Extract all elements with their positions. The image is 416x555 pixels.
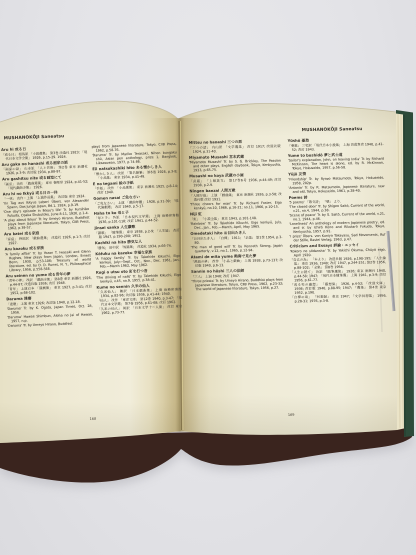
left-page-column-1: Aru hi 或る日「或る日」 相馬訳 「小説選集」 第3巻 改造社 1923;… [1, 145, 96, 410]
entry-citation: 'I prize' Übers. von Kuniyo Takayasu, Sa… [289, 233, 385, 243]
bibliography-entry: Eii natsukashiki hito ある懐かしき人「懐かしき人」 改訳 … [92, 164, 177, 180]
bibliography-entry: Kugi o utsu oto 釘を打つ音'The driving of nai… [96, 268, 181, 284]
entry-citation: 'Three cheers for man' Tr. by Richard Fo… [190, 201, 282, 211]
bibliography-entry: Kume no sennin 久米の仙人「久米仙人」 陳訳 「日本戯曲集」 上海… [96, 283, 182, 316]
right-page-column-1: Mittsu no hanashi 三つの話「三つの話」 内山訳 「文学選集」 … [189, 139, 286, 413]
entry-citation: 「母と子」 呉訳 「日本現代文学選」 上海 商務印書館 1936, p.101-… [94, 214, 179, 225]
bibliography-entry: Miyamoto Musashi 宮本武蔵'Miyamoto Musashi' … [189, 154, 281, 173]
entry-citation: 「画家の話」 山本訳 「人と芸術」 第2巻 東京 新潮社 1926, p.3-9… [2, 165, 88, 176]
entry-citation: 「青年」 上演台本 「演劇集」 東京 1927, p.3-41; 改訂 1952… [6, 284, 92, 295]
running-header-right: MUSHANOKŌJI Saneatsu [241, 127, 362, 134]
entry-citation: 'Daruma' Tr. by Mariko Terasaki, Nihon b… [92, 150, 177, 165]
bibliography-entry: Criticism and Essays 評論・エッセイ'Kokoro no s… [290, 243, 387, 304]
bibliography-entry: Poems 詩'5 poems' 「散文詩」 「朝」 より.'The close… [289, 194, 386, 243]
bibliography-entry: Yūjō 友情'Friendship' Tr. by Ryozo Matsumo… [288, 171, 384, 194]
bibliography-entry: Jinsei sanka 人生讃歌「讃歌」 「随筆選」 東京 1938, p.2… [94, 223, 179, 239]
bibliography-entry: Sannin no hōshi 三人の法師「三人」 上演 1940; 改訂 19… [191, 268, 283, 291]
bibliography-entry: Kōfuku na kazoku 幸福な家族'A happy family' T… [95, 249, 181, 269]
left-page-column-2: plays from Japanese literature, Tokyo, C… [91, 142, 185, 407]
entry-citation: 「熱海の夢」 改作 「小品と戯曲」 上海 1938, p.73-137; 改訂版… [191, 258, 283, 268]
entry-citation: 'A happy family' Tr. by Takehide Kikuchi… [95, 254, 180, 269]
entry-citation: 「ご免なさい」 上演 「戯曲年鑑」 1926, p.31-39; 「現代演劇選」… [93, 199, 178, 210]
entry-citation: 「武蔵」 「上級英文」 第17巻6号 1936, p.44-49; 改訂 193… [189, 177, 281, 187]
entry-citation: 「家庭」 神田訳 「戯曲選集」 改造社 1926, p.1-7; 改訂 1927… [4, 234, 90, 245]
bibliography-entry: Kachiki na hito 勝気な人「勝気」 田中訳 「短篇集」 改造社 1… [95, 238, 180, 250]
left-page-text: MUSHANOKŌJI Saneatsu Aru hi 或る日「或る日」 相馬訳… [0, 112, 193, 438]
bibliography-entry: Aru hi 或る日「或る日」 相馬訳 「小説選集」 第3巻 改造社 1923;… [1, 145, 87, 161]
bibliography-entry: Aru kazoku 或る家族'A family affair' Tr. by … [5, 244, 92, 272]
entry-citation: 「三つの話」 内山訳 「文学選集」 改訂 1917; 改造社版 1924, p.… [189, 144, 281, 154]
bibliography-entry: Musashi no koya 武蔵の小屋「武蔵」 「上級英文」 第17巻6号 … [189, 173, 281, 188]
entry-citation: 'Antonio' Tr. by R. Matsumoto, Japanese … [288, 184, 384, 194]
bibliography-entry: Aru gashitsu nite 或る画室にて「画室」 改作 「戯曲選集」 東… [2, 175, 88, 191]
right-page-column-2: Yūshū 憂愁「憂愁」 三宅訳 「現代日本小説集」 上海 改造書店 1940,… [288, 137, 389, 411]
bibliography-entry: Mittsu no hanashi 三つの話「三つの話」 内山訳 「文学選集」 … [189, 139, 281, 154]
entry-citation: 'A family affair' Tr. by Yozan T. Iwasak… [5, 249, 92, 272]
entry-citation: 「人生に就て」 改訳 「随筆選集」 1926; 東京 新潮社 1940, p.4… [290, 269, 386, 283]
bibliography-entry: E no tegami 絵の手紙「手紙」 改作 「小品選集」 東京 新潮社 19… [93, 179, 178, 195]
entry-citation: 「手紙」 改作 「小品選集」 東京 新潮社 1925, p.8-14; 改訂 1… [93, 184, 178, 195]
bibliography-entry: Aru hi no Ikkyū 或る日の一休「一休」 改作・上演 「上演作品集」… [3, 189, 90, 230]
entry-citation: 'Sailor's explanation, John, on leaving … [288, 157, 384, 171]
bibliography-entry: Gomen nasai ご免なさい「ご免なさい」 上演 「戯曲年鑑」 1926,… [93, 194, 178, 210]
bibliography-entry: Omedetaki hito お目出たき人「お目出たき人」 「白樺」 1911;… [190, 230, 282, 253]
entry-citation: 'Rainbow' Tr. by Takehide Kikuchi, Eigo … [190, 220, 282, 230]
bibliography-entry: Daruma 達磨「達磨」 上演 東京 1926; 改訂版 1940, p.12… [6, 294, 93, 327]
entry-citation: 'Three priests' Tr. by Umeyo Hirano, Bud… [191, 277, 283, 291]
running-header-left: MUSHANOKŌJI Saneatsu [4, 134, 65, 141]
entry-citation: 「白樺の頃」 「回想録」 東京 1947; 「文学回想集」 1956, p.28… [291, 294, 387, 304]
entry-citation: 「讃歌」 「随筆選」 東京 1938, p.2-9; 「人生論」 改訂版 194… [95, 228, 180, 239]
bibliography-entry: plays from Japanese literature, Tokyo, C… [91, 142, 177, 165]
bibliography-entry: Atami de mita yume 熱海で見た夢「熱海の夢」 改作 「小品と戯… [191, 253, 283, 268]
entry-citation: 「画室」 改作 「戯曲選集」 東京 春陽堂 1924, p.41-52; 「現代… [2, 179, 88, 190]
entry-citation: 「或る男の感想」 「感想集」 1926, p.4-52; 「改造文庫」 1936… [290, 281, 386, 295]
bibliography-entry: Niji 虹「虹」 「小説全集」 東京 1943, p.101-148.'Rai… [190, 211, 282, 230]
bibliography-entry: Aru katei 或る家庭「家庭」 神田訳 「戯曲選集」 改造社 1926, … [4, 230, 90, 246]
entry-citation: 'The driving of nails' Tr. by Takehide K… [96, 273, 181, 284]
bibliography-entry: Ningen banzai 人間万歳「人間万歳」 上演 「戯曲集」 東京 新潮社… [189, 187, 281, 210]
bibliography-entry: Haha to ko 母と子「母と子」 呉訳 「日本現代文学選」 上海 商務印書… [94, 209, 179, 225]
photo-background: MUSHANOKŌJI Saneatsu Aru hi 或る日「或る日」 相馬訳… [0, 0, 416, 555]
bibliography-entry: Aru gaka no hanashi 或る画家の話「画家の話」 山本訳 「人と… [2, 160, 88, 176]
entry-citation: 「久米の仙人」 周訳 「日本文学十二人集」 改訂 東京 1962, p.73-7… [97, 304, 182, 315]
entry-citation: 'Miyamoto Musashi' Tr. by S. G. Brickley… [189, 159, 281, 173]
bibliography-entry: Aru seinen no yume 或る青年の夢「青年の夢」 改訳 「戯曲全集… [5, 271, 92, 295]
right-page-text: MUSHANOKŌJI Saneatsu Mittsu no hanashi 三… [181, 108, 405, 436]
entry-citation: 「憂愁」 三宅訳 「現代日本小説集」 上海 改造書店 1940, p.41-52… [288, 142, 384, 152]
page-number-right: 169 [288, 413, 295, 417]
page-number-left: 168 [89, 417, 96, 421]
bibliography-entry: Yūshū 憂愁「憂愁」 三宅訳 「現代日本小説集」 上海 改造書店 1940,… [288, 137, 384, 152]
entry-citation: 'The man of good will' Tr. by Kenneth St… [191, 243, 283, 253]
entry-citation: 'A play about Ikkyu' Tr. by Umeyo Hirano… [4, 216, 90, 231]
bibliography-entry: Yume to bushidō 夢と武士道'Sailor's explanati… [288, 152, 384, 171]
